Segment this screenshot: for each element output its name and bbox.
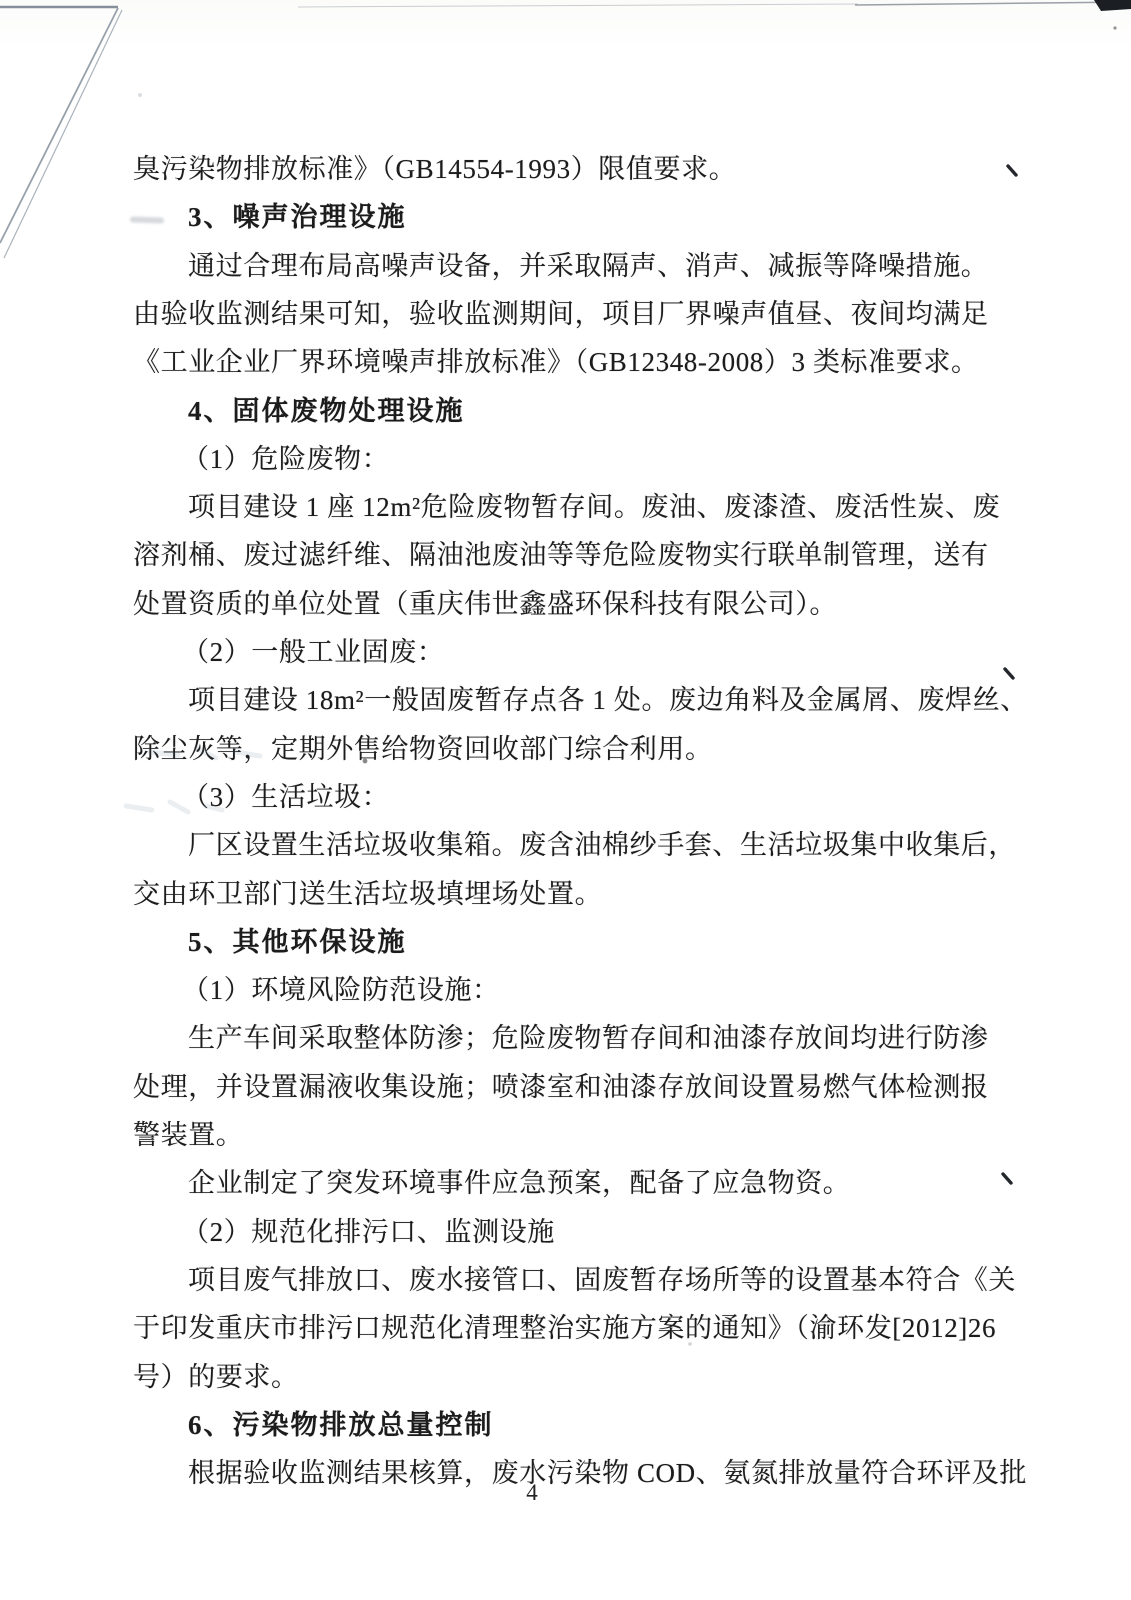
text-line: 通过合理布局高噪声设备，并采取隔声、消声、减振等降噪措施。 xyxy=(188,249,988,283)
text-line: 溶剂桶、废过滤纤维、隔油池废油等等危险废物实行联单制管理，送有 xyxy=(133,538,989,572)
text-line: 4、固体废物处理设施 xyxy=(188,394,465,428)
text-line: 项目废气排放口、废水接管口、固废暂存场所等的设置基本符合《关 xyxy=(188,1263,1016,1297)
text-line: （3）生活垃圾： xyxy=(182,780,389,814)
text-line: （2）规范化排污口、监测设施 xyxy=(182,1215,555,1249)
text-line: 交由环卫部门送生活垃圾填埋场处置。 xyxy=(133,877,602,911)
text-line: 处理，并设置漏液收集设施；喷漆室和油漆存放间设置易燃气体检测报 xyxy=(133,1070,989,1104)
text-line: （1）危险废物： xyxy=(182,442,389,476)
text-line: 生产车间采取整体防渗；危险废物暂存间和油漆存放间均进行防渗 xyxy=(188,1021,988,1055)
fold-corner-lines xyxy=(0,7,122,258)
top-edge-scan-line xyxy=(298,0,1131,30)
text-line: 厂区设置生活垃圾收集箱。废含油棉纱手套、生活垃圾集中收集后， xyxy=(188,828,1016,862)
text-line: 项目建设 18m²一般固废暂存点各 1 处。废边角料及金属屑、废焊丝、 xyxy=(188,683,1028,717)
ink-specks xyxy=(1003,166,1016,1183)
page-number: 4 xyxy=(0,1480,1064,1506)
text-line: 5、其他环保设施 xyxy=(188,925,407,959)
text-line: 除尘灰等，定期外售给物资回收部门综合利用。 xyxy=(133,732,713,766)
text-line: 号）的要求。 xyxy=(133,1360,299,1394)
text-line: 6、污染物排放总量控制 xyxy=(188,1408,494,1442)
scanned-document-page: 臭污染物排放标准》（GB14554-1993）限值要求。3、噪声治理设施通过合理… xyxy=(0,0,1131,1600)
text-line: 3、噪声治理设施 xyxy=(188,200,407,234)
text-line: 处置资质的单位处置（重庆伟世鑫盛环保科技有限公司）。 xyxy=(133,587,837,621)
text-line: 企业制定了突发环境事件应急预案，配备了应急物资。 xyxy=(188,1166,850,1200)
text-line: 臭污染物排放标准》（GB14554-1993）限值要求。 xyxy=(133,152,736,186)
text-line: （1）环境风险防范设施： xyxy=(182,973,500,1007)
pencil-smudge xyxy=(130,216,164,223)
text-line: 于印发重庆市排污口规范化清理整治实施方案的通知》（渝环发[2012]26 xyxy=(133,1311,996,1345)
text-line: 警装置。 xyxy=(133,1118,243,1152)
text-line: 项目建设 1 座 12m²危险废物暂存间。废油、废漆渣、废活性炭、废 xyxy=(188,490,1000,524)
text-line: 《工业企业厂界环境噪声排放标准》（GB12348-2008）3 类标准要求。 xyxy=(133,345,979,379)
text-line: （2）一般工业固废： xyxy=(182,635,445,669)
text-line: 由验收监测结果可知，验收监测期间，项目厂界噪声值昼、夜间均满足 xyxy=(133,297,989,331)
